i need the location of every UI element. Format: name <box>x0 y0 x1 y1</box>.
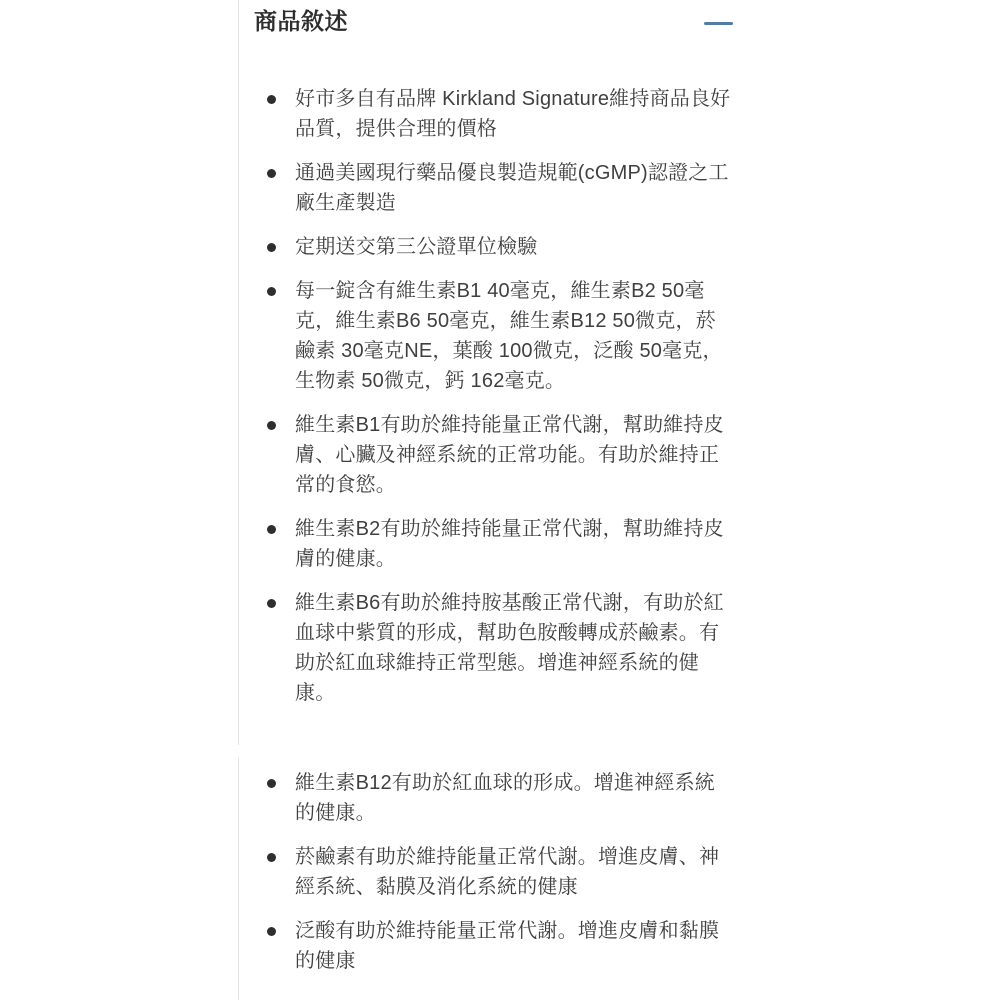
bullet-text: 每一錠含有維生素B1 40毫克，維生素B2 50毫克，維生素B6 50毫克，維生… <box>295 280 723 392</box>
bullet-item: 泛酸有助於維持能量正常代謝。增進皮膚和黏膜的健康 <box>254 916 765 976</box>
description-section: 商品敘述 好市多自有品牌 Kirkland Signature維持商品良好品質，… <box>238 0 765 1000</box>
product-description-page: 商品敘述 好市多自有品牌 Kirkland Signature維持商品良好品質，… <box>0 0 1000 1000</box>
bullet-item: 每一錠含有維生素B1 40毫克，維生素B2 50毫克，維生素B6 50毫克，維生… <box>254 276 765 396</box>
description-bullet-list-continued: 維生素B12有助於紅血球的形成。增進神經系統的健康。 菸鹼素有助於維持能量正常代… <box>254 768 765 976</box>
bullet-item: 定期送交第三公證單位檢驗 <box>254 232 765 262</box>
bullet-item: 菸鹼素有助於維持能量正常代謝。增進皮膚、神經系統、黏膜及消化系統的健康 <box>254 842 765 902</box>
bullet-icon <box>267 853 276 862</box>
bullet-text: 維生素B2有助於維持能量正常代謝，幫助維持皮膚的健康。 <box>295 518 724 570</box>
bullet-icon <box>267 243 276 252</box>
minus-icon <box>704 22 733 25</box>
description-panel-bottom: 維生素B12有助於紅血球的形成。增進神經系統的健康。 菸鹼素有助於維持能量正常代… <box>238 757 765 1000</box>
bullet-icon <box>267 95 276 104</box>
bullet-text: 泛酸有助於維持能量正常代謝。增進皮膚和黏膜的健康 <box>295 920 719 972</box>
bullet-icon <box>267 927 276 936</box>
bullet-text: 維生素B6有助於維持胺基酸正常代謝，有助於紅血球中紫質的形成，幫助色胺酸轉成菸鹼… <box>295 592 724 704</box>
bullet-icon <box>267 525 276 534</box>
bullet-text: 好市多自有品牌 Kirkland Signature維持商品良好品質，提供合理的… <box>295 88 730 140</box>
section-title: 商品敘述 <box>254 8 765 35</box>
bullet-icon <box>267 421 276 430</box>
description-bullet-list: 好市多自有品牌 Kirkland Signature維持商品良好品質，提供合理的… <box>254 84 765 708</box>
bullet-icon <box>267 779 276 788</box>
bullet-text: 維生素B1有助於維持能量正常代謝，幫助維持皮膚、心臟及神經系統的正常功能。有助於… <box>295 414 724 496</box>
bullet-item: 好市多自有品牌 Kirkland Signature維持商品良好品質，提供合理的… <box>254 84 765 144</box>
bullet-icon <box>267 599 276 608</box>
bullet-item: 維生素B1有助於維持能量正常代謝，幫助維持皮膚、心臟及神經系統的正常功能。有助於… <box>254 410 765 500</box>
bullet-item: 維生素B12有助於紅血球的形成。增進神經系統的健康。 <box>254 768 765 828</box>
bullet-icon <box>267 169 276 178</box>
section-header: 商品敘述 <box>254 8 765 35</box>
collapse-section-button[interactable] <box>701 12 735 34</box>
bullet-item: 通過美國現行藥品優良製造規範(cGMP)認證之工廠生產製造 <box>254 158 765 218</box>
description-panel-top: 商品敘述 好市多自有品牌 Kirkland Signature維持商品良好品質，… <box>238 0 765 745</box>
bullet-text: 定期送交第三公證單位檢驗 <box>295 236 537 258</box>
bullet-item: 維生素B6有助於維持胺基酸正常代謝，有助於紅血球中紫質的形成，幫助色胺酸轉成菸鹼… <box>254 588 765 708</box>
bullet-text: 維生素B12有助於紅血球的形成。增進神經系統的健康。 <box>295 772 715 824</box>
bullet-item: 維生素B2有助於維持能量正常代謝，幫助維持皮膚的健康。 <box>254 514 765 574</box>
bullet-text: 通過美國現行藥品優良製造規範(cGMP)認證之工廠生產製造 <box>295 162 729 214</box>
bullet-icon <box>267 287 276 296</box>
bullet-text: 菸鹼素有助於維持能量正常代謝。增進皮膚、神經系統、黏膜及消化系統的健康 <box>295 846 719 898</box>
